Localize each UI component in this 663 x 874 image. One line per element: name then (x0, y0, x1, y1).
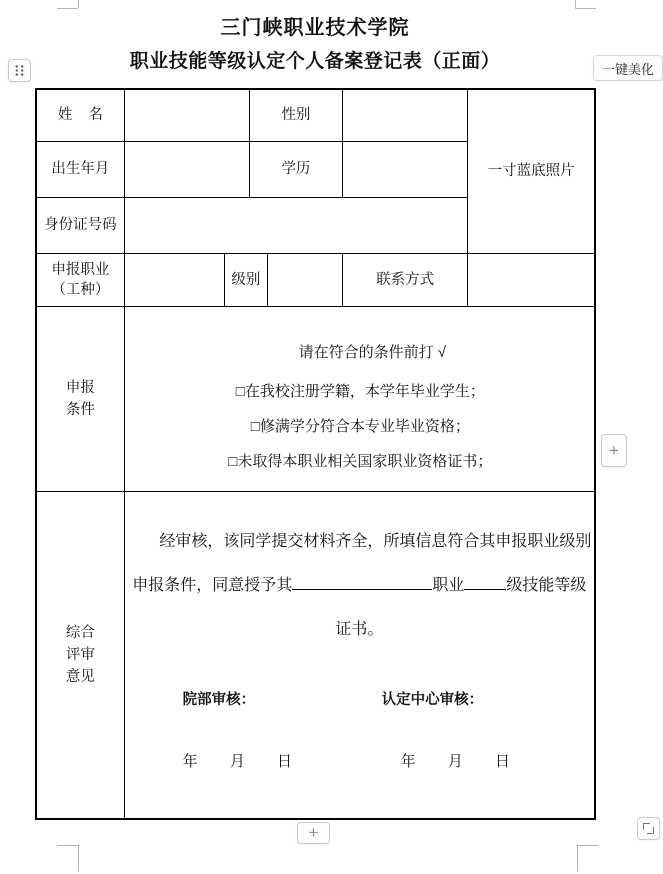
fill-in-blank-occupation[interactable] (292, 573, 432, 590)
condition-checkbox-item-1[interactable]: □在我校注册学籍，本学年毕业学生； (125, 374, 594, 409)
birth-date-input-cell[interactable] (124, 141, 249, 197)
photo-placeholder-cell[interactable]: 一寸蓝底照片 (468, 89, 595, 253)
review-opinion-label: 综合 评审 意见 (36, 491, 124, 819)
document-subtitle: 职业技能等级认定个人备案登记表（正面） (0, 46, 630, 73)
id-number-input-cell[interactable] (124, 197, 468, 253)
level-input-cell[interactable] (267, 253, 342, 306)
add-row-button[interactable]: + (297, 822, 330, 844)
contact-input-cell[interactable] (468, 253, 595, 306)
conditions-content-cell[interactable]: 请在符合的条件前打 √ □在我校注册学籍，本学年毕业学生； □修满学分符合本专业… (124, 306, 595, 491)
gender-input-cell[interactable] (343, 89, 468, 141)
occupation-label-line2: （工种） (37, 280, 124, 300)
level-label: 级别 (224, 253, 267, 306)
review-label-line3: 意见 (37, 666, 124, 688)
review-label-line1: 综合 (37, 622, 124, 644)
crop-mark-top-right (575, 8, 596, 9)
add-column-button[interactable]: + (601, 434, 627, 467)
conditions-label-line2: 条件 (37, 399, 124, 421)
crop-mark-top-right-v (575, 0, 576, 8)
review-paragraph-line1: 经审核，该同学提交材料齐全，所填信息符合其申报职业级别 (125, 492, 594, 564)
registration-form-table: 姓 名 性别 一寸蓝底照片 出生年月 学历 身份证号码 申报职业 （工种） 级别… (35, 88, 596, 820)
department-review-label: 院部审核： (183, 688, 256, 709)
certification-center-review-label: 认定中心审核： (382, 688, 484, 709)
condition-checkbox-item-2[interactable]: □修满学分符合本专业毕业资格； (125, 409, 594, 444)
crop-mark-bottom-left-v (78, 845, 79, 871)
document-title: 三门峡职业技术学院 (0, 11, 630, 40)
crop-mark-bottom-right (577, 845, 598, 846)
date-line-left: 年 月 日 (183, 750, 292, 771)
crop-mark-top-left (57, 8, 78, 9)
review-line2-seg1: 申报条件，同意授予其 (132, 577, 292, 594)
review-line2-seg3: 级技能等级 (506, 577, 586, 594)
document-page: 三门峡职业技术学院 职业技能等级认定个人备案登记表（正面） 一键美化 姓 名 性… (0, 0, 663, 874)
name-input-cell[interactable] (124, 89, 249, 141)
conditions-label: 申报 条件 (36, 306, 124, 491)
name-label: 姓 名 (36, 89, 124, 141)
condition-checkbox-item-3[interactable]: □未取得本职业相关国家职业资格证书； (125, 444, 594, 479)
gender-label: 性别 (249, 89, 342, 141)
crop-mark-top-left-v (78, 0, 79, 8)
drag-dots-icon (9, 59, 30, 82)
review-label-line2: 评审 (37, 644, 124, 666)
corner-bracket-icon (647, 827, 654, 834)
education-input-cell[interactable] (343, 141, 468, 197)
crop-mark-bottom-left (57, 845, 78, 846)
review-line2-seg2: 职业 (432, 577, 464, 594)
occupation-label: 申报职业 （工种） (36, 253, 124, 306)
date-line-right: 年 月 日 (401, 750, 510, 771)
id-number-label: 身份证号码 (36, 197, 124, 253)
beautify-button[interactable]: 一键美化 (593, 55, 663, 81)
table-move-handle[interactable] (8, 59, 31, 82)
conditions-label-line1: 申报 (37, 377, 124, 399)
occupation-label-line1: 申报职业 (37, 260, 124, 280)
review-paragraph-line3: 证书。 (125, 608, 594, 652)
review-paragraph-line2: 申报条件，同意授予其职业级技能等级 (125, 564, 594, 608)
birth-date-label: 出生年月 (36, 141, 124, 197)
review-content-cell[interactable]: 经审核，该同学提交材料齐全，所填信息符合其申报职业级别 申报条件，同意授予其职业… (124, 491, 595, 819)
education-label: 学历 (249, 141, 342, 197)
occupation-input-cell[interactable] (124, 253, 224, 306)
contact-label: 联系方式 (343, 253, 468, 306)
fill-in-blank-level[interactable] (464, 573, 506, 590)
conditions-prompt: 请在符合的条件前打 √ (125, 338, 594, 374)
fit-table-button[interactable] (637, 817, 660, 840)
crop-mark-bottom-right-v (577, 845, 578, 871)
